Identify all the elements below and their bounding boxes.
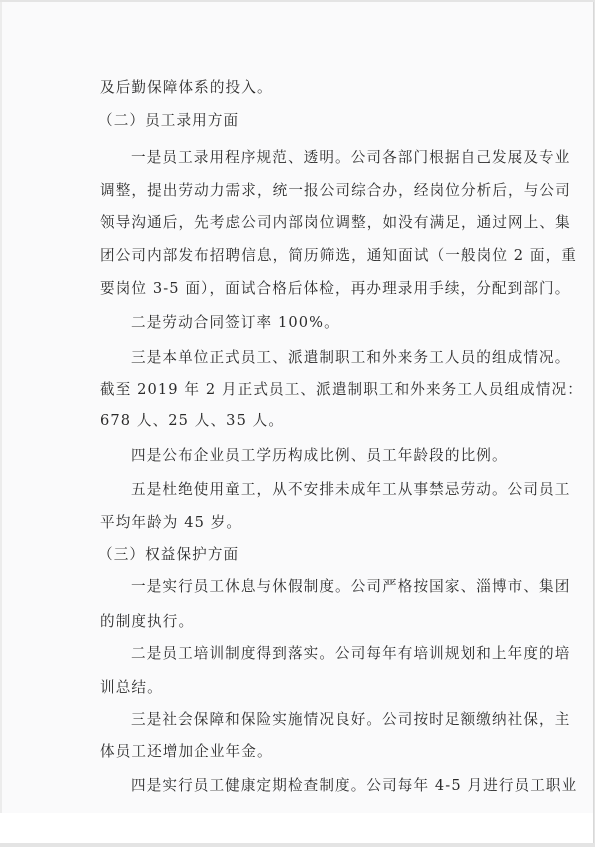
text-line: 团公司内部发布招聘信息，简历筛选，通知面试（一般岗位 2 面，重 (100, 247, 520, 265)
paragraph-line: 四是公布企业员工学历构成比例、员工年龄段的比例。 (131, 447, 551, 465)
text-line: 截至 2019 年 2 月正式员工、派遣制职工和外来务工人员组成情况： (100, 381, 520, 399)
text-line: 训总结。 (100, 679, 520, 697)
text-line: 体员工还增加企业年金。 (100, 743, 520, 761)
paragraph-line: 一是实行员工休息与休假制度。公司严格按国家、淄博市、集团 (131, 578, 551, 596)
paragraph-line: 四是实行员工健康定期检查制度。公司每年 4-5 月进行员工职业 (131, 777, 551, 795)
section-heading: （三）权益保护方面 (98, 546, 518, 564)
paragraph-line: 三是社会保障和保险实施情况良好。公司按时足额缴纳社保，主 (131, 711, 551, 729)
section-heading: （二）员工录用方面 (98, 112, 518, 130)
text-line: 调整，提出劳动力需求，统一报公司综合办，经岗位分析后，与公司 (100, 182, 520, 200)
text-line: 要岗位 3-5 面），面试合格后体检，再办理录用手续，分配到部门。 (100, 280, 520, 298)
paragraph-line: 一是员工录用程序规范、透明。公司各部门根据自己发展及专业 (131, 149, 551, 167)
text-line: 678 人、25 人、35 人。 (100, 412, 520, 430)
paragraph-line: 三是本单位正式员工、派遣制职工和外来务工人员的组成情况。 (131, 349, 551, 367)
document-page: 及后勤保障体系的投入。 （二）员工录用方面 一是员工录用程序规范、透明。公司各部… (0, 2, 594, 843)
text-line: 领导沟通后，先考虑公司内部岗位调整，如没有满足，通过网上、集 (100, 214, 520, 232)
text-line: 的制度执行。 (100, 613, 520, 631)
paragraph-line: 二是劳动合同签订率 100%。 (131, 314, 551, 332)
paragraph-line: 二是员工培训制度得到落实。公司每年有培训规划和上年度的培 (131, 645, 551, 663)
scan-artifact-band (0, 813, 593, 843)
text-line: 平均年龄为 45 岁。 (100, 514, 520, 532)
paragraph-line: 五是杜绝使用童工，从不安排未成年工从事禁忌劳动。公司员工 (131, 481, 551, 499)
text-line: 及后勤保障体系的投入。 (100, 79, 520, 97)
